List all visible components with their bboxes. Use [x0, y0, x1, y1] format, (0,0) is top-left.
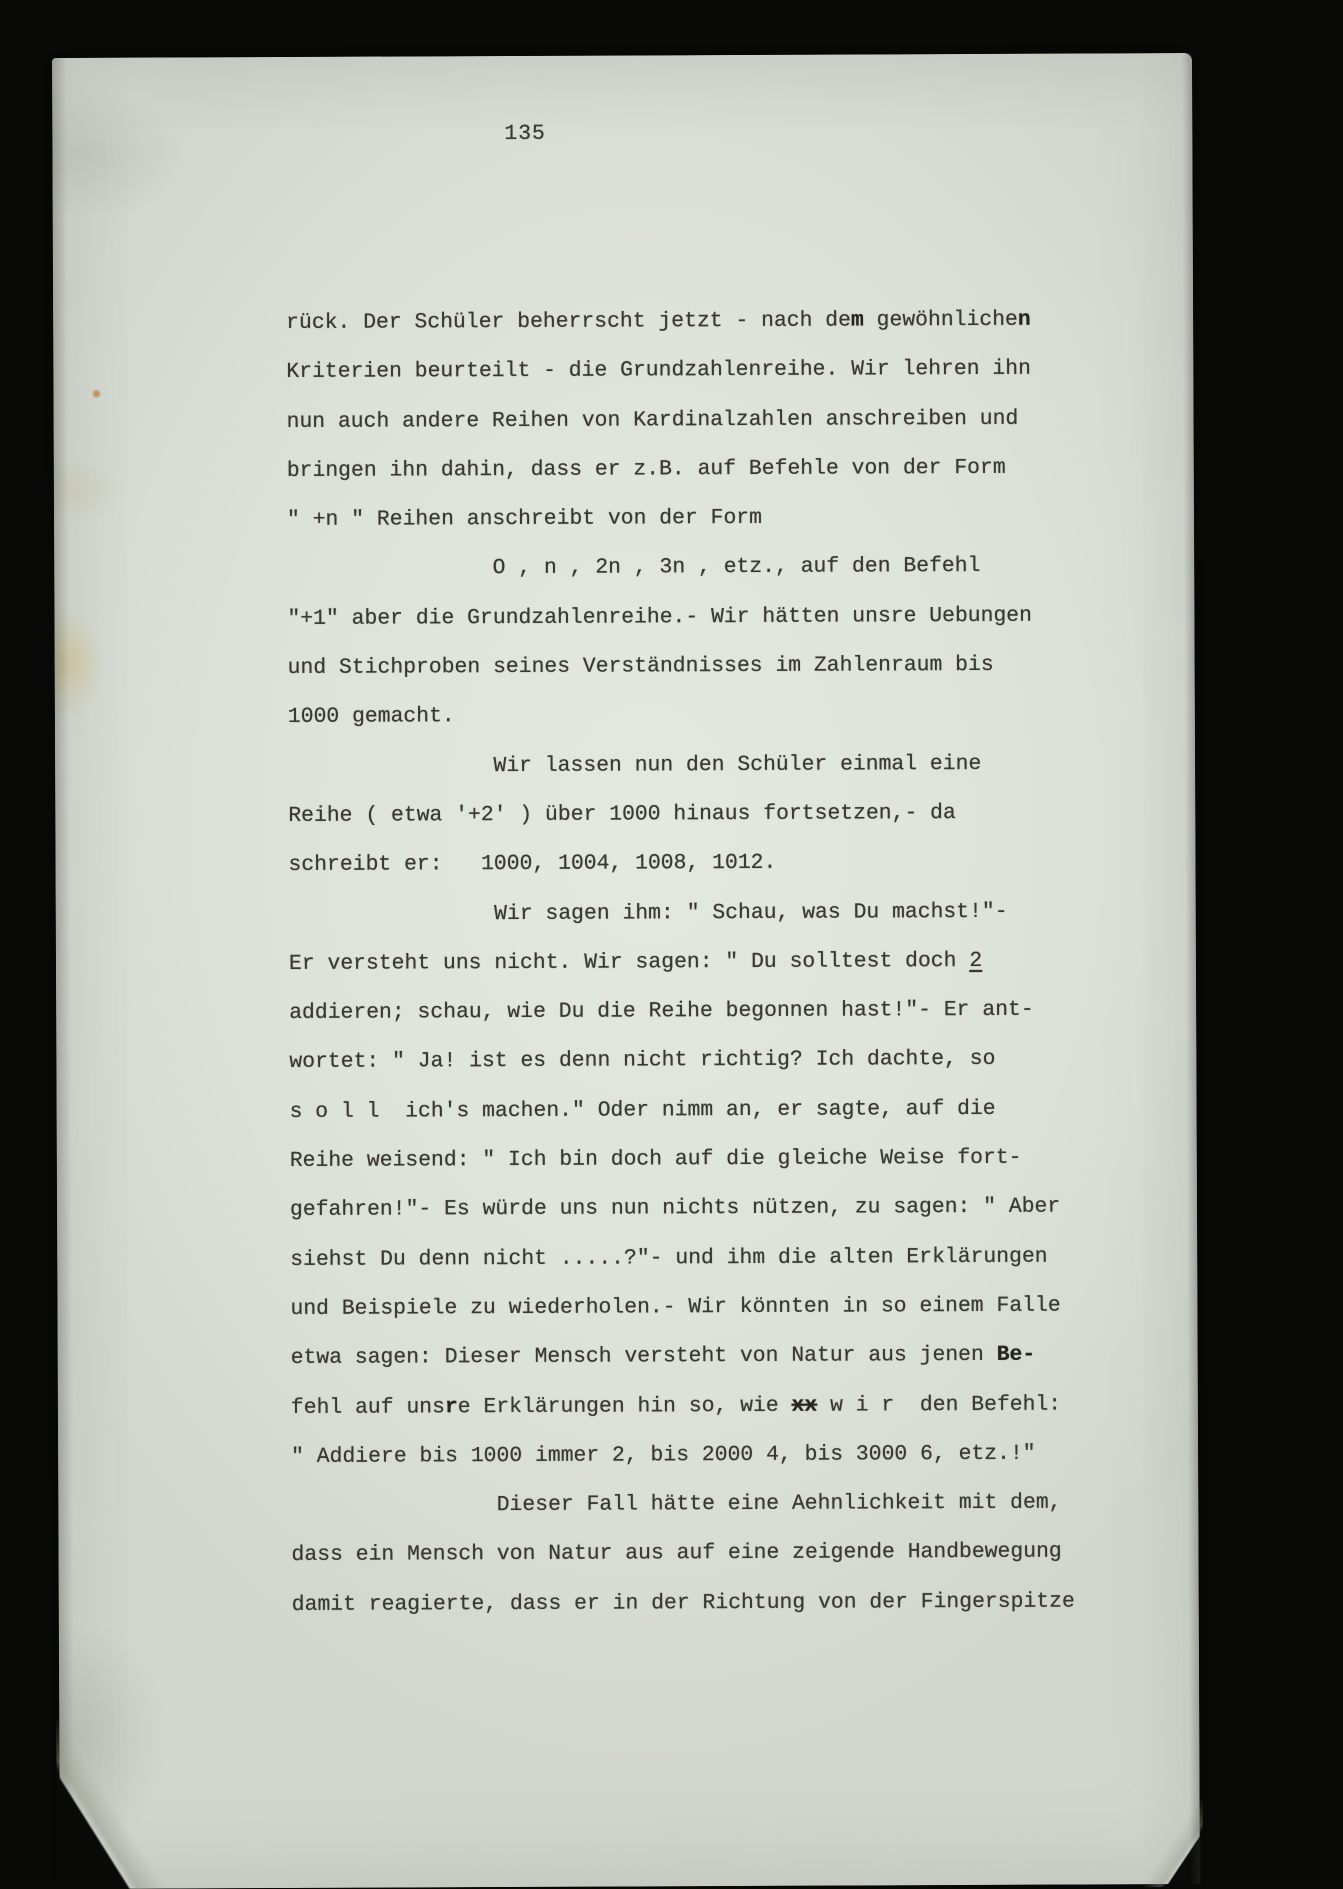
typescript-line: schreibt er: 1000, 1004, 1008, 1012. [288, 838, 1088, 891]
typescript-line: dass ein Mensch von Natur aus auf eine z… [291, 1528, 1091, 1581]
typescript-line: "+1" aber die Grundzahlenreihe.- Wir hät… [287, 591, 1087, 644]
scan-background: 135 rück. Der Schüler beherrscht jetzt -… [0, 0, 1343, 1889]
typescript-line: siehst Du denn nicht .....?"- und ihm di… [290, 1232, 1090, 1285]
worn-corner-bottom-right [1107, 1772, 1203, 1887]
page-number: 135 [504, 122, 546, 146]
typescript-line: damit reagierte, dass er in der Richtung… [292, 1577, 1092, 1630]
typescript-line: bringen ihn dahin, dass er z.B. auf Befe… [287, 443, 1087, 496]
typescript-line: fehl auf unsre Erklärungen hin so, wie x… [291, 1380, 1091, 1433]
typescript-text: rück. Der Schüler beherrscht jetzt - nac… [286, 295, 1092, 1629]
typescript-line: Wir sagen ihm: " Schau, was Du machst!"- [289, 887, 1089, 940]
typescript-line: O , n , 2n , 3n , etz., auf den Befehl [287, 542, 1087, 595]
typescript-line: s o l l ich's machen." Oder nimm an, er … [289, 1084, 1089, 1137]
typescript-line: gefahren!"- Es würde uns nun nichts nütz… [290, 1183, 1090, 1236]
typescript-line: Reihe ( etwa '+2' ) über 1000 hinaus for… [288, 788, 1088, 841]
worn-corner-bottom-left [56, 1711, 197, 1889]
typescript-line: Wir lassen nun den Schüler einmal eine [288, 739, 1088, 792]
typescript-line: nun auch andere Reihen von Kardinalzahle… [286, 394, 1086, 447]
typescript-line: addieren; schau, wie Du die Reihe begonn… [289, 986, 1089, 1039]
document-page: 135 rück. Der Schüler beherrscht jetzt -… [52, 53, 1200, 1889]
typescript-line: und Beispiele zu wiederholen.- Wir könnt… [290, 1281, 1090, 1334]
typescript-line: " Addiere bis 1000 immer 2, bis 2000 4, … [291, 1429, 1091, 1482]
typescript-line: Kriterien beurteilt - die Grundzahlenrei… [286, 345, 1086, 398]
typescript-line: rück. Der Schüler beherrscht jetzt - nac… [286, 295, 1086, 348]
typescript-line: Dieser Fall hätte eine Aehnlichkeit mit … [291, 1479, 1091, 1532]
typescript-line: und Stichproben seines Verständnisses im… [288, 641, 1088, 694]
typescript-line: " +n " Reihen anschreibt von der Form [287, 493, 1087, 546]
typescript-line: etwa sagen: Dieser Mensch versteht von N… [291, 1331, 1091, 1384]
typescript-line: Er versteht uns nicht. Wir sagen: " Du s… [289, 936, 1089, 989]
typescript-line: 1000 gemacht. [288, 690, 1088, 743]
typescript-line: wortet: " Ja! ist es denn nicht richtig?… [289, 1035, 1089, 1088]
typescript-line: Reihe weisend: " Ich bin doch auf die gl… [290, 1134, 1090, 1187]
